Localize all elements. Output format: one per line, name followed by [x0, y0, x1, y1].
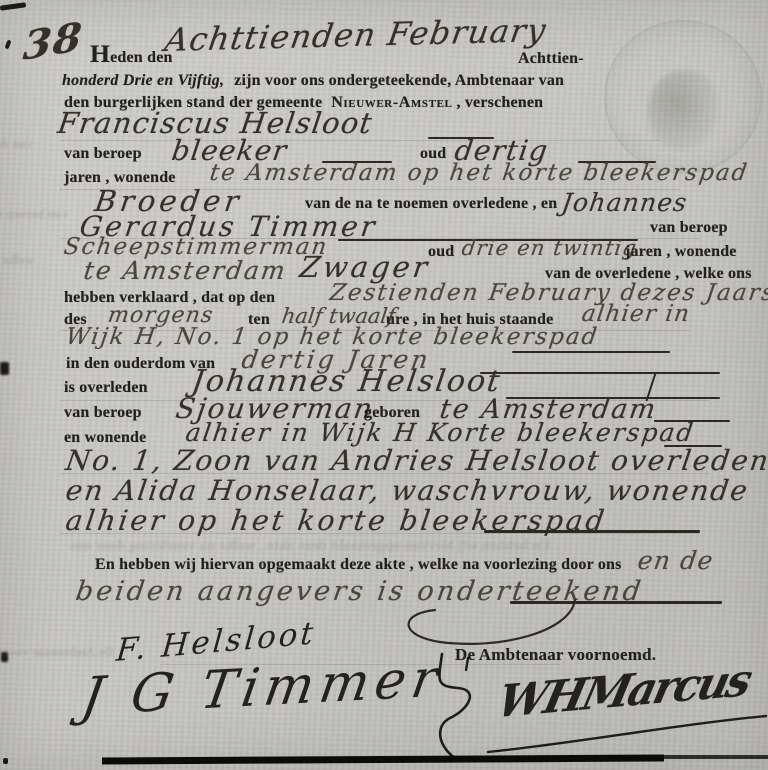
bleedthrough-text: van de n — [0, 136, 34, 152]
scan-bottom-bar — [640, 755, 768, 759]
fill-rule — [510, 601, 722, 604]
deceased-residence: alhier in Wijk H Korte bleekerspad — [184, 418, 697, 447]
handwritten-record-date: Achttienden February — [162, 11, 549, 59]
printed-heden-den: Heden den — [90, 44, 173, 67]
declarant2-relation: Zwager — [298, 250, 433, 284]
edge-speck — [3, 758, 8, 764]
bleedthrough-text: welke ons — [0, 252, 35, 268]
closing-handwritten-1: en de — [636, 546, 716, 575]
bleedthrough-text: De Ambtenaar voornoemd — [0, 644, 114, 660]
act-number: 38 — [21, 13, 84, 69]
printed-is-overleden: is overleden — [64, 379, 148, 396]
fill-rule — [512, 351, 670, 353]
embossed-seal-icon — [604, 20, 762, 174]
deceased-parents-father: No. 1, Zoon van Andries Helsloot overled… — [64, 444, 768, 477]
death-date: Zestienden February dezes Jaars — [328, 280, 768, 306]
printed-intro-text: zijn voor ons ondergeteekende, Ambtenaar… — [234, 72, 564, 89]
signature-official: WHMarcus — [492, 654, 754, 728]
ruling-line — [60, 140, 660, 141]
printed-van-beroep: van beroep — [64, 145, 142, 162]
official-title-label: De Ambtenaar voornoemd. — [455, 645, 656, 664]
printed-verschenen: , verschenen — [456, 94, 543, 111]
declarant1-residence: te Amsterdam op het korte bleekerspad — [208, 160, 750, 186]
edge-speck — [0, 2, 26, 11]
printed-closing-clause: En hebben wij hiervan opgemaakt deze akt… — [95, 556, 622, 573]
fill-rule — [484, 530, 700, 533]
deceased-parents-mother: en Alida Honselaar, waschvrouw, wonende — [64, 474, 752, 507]
edge-speck — [5, 40, 12, 50]
printed-jaren-wonende: jaren , wonende — [625, 243, 737, 260]
printed-year: honderd Drie en Vijftig, — [62, 72, 224, 89]
bleedthrough-text: van beroep oud — [0, 206, 69, 222]
scan-bottom-bar — [102, 755, 664, 765]
death-certificate-scan: van de n van beroep oud welke ons En heb… — [0, 0, 768, 770]
declarant2-residence: te Amsterdam — [82, 256, 289, 285]
declarant2-first-name: Johannes — [560, 188, 690, 217]
printed-achttien: Achttien- — [518, 50, 584, 67]
declarant2-age: drie en twintig — [460, 236, 639, 260]
fill-rule — [480, 372, 720, 374]
printed-van-beroep: van beroep — [650, 219, 728, 236]
seal-smudge — [648, 70, 718, 150]
printed-van-beroep: van beroep — [64, 404, 142, 421]
edge-speck — [0, 362, 9, 375]
bleedthrough-text: En hebben wij hiervan opgemaakt deze akt… — [69, 538, 551, 555]
